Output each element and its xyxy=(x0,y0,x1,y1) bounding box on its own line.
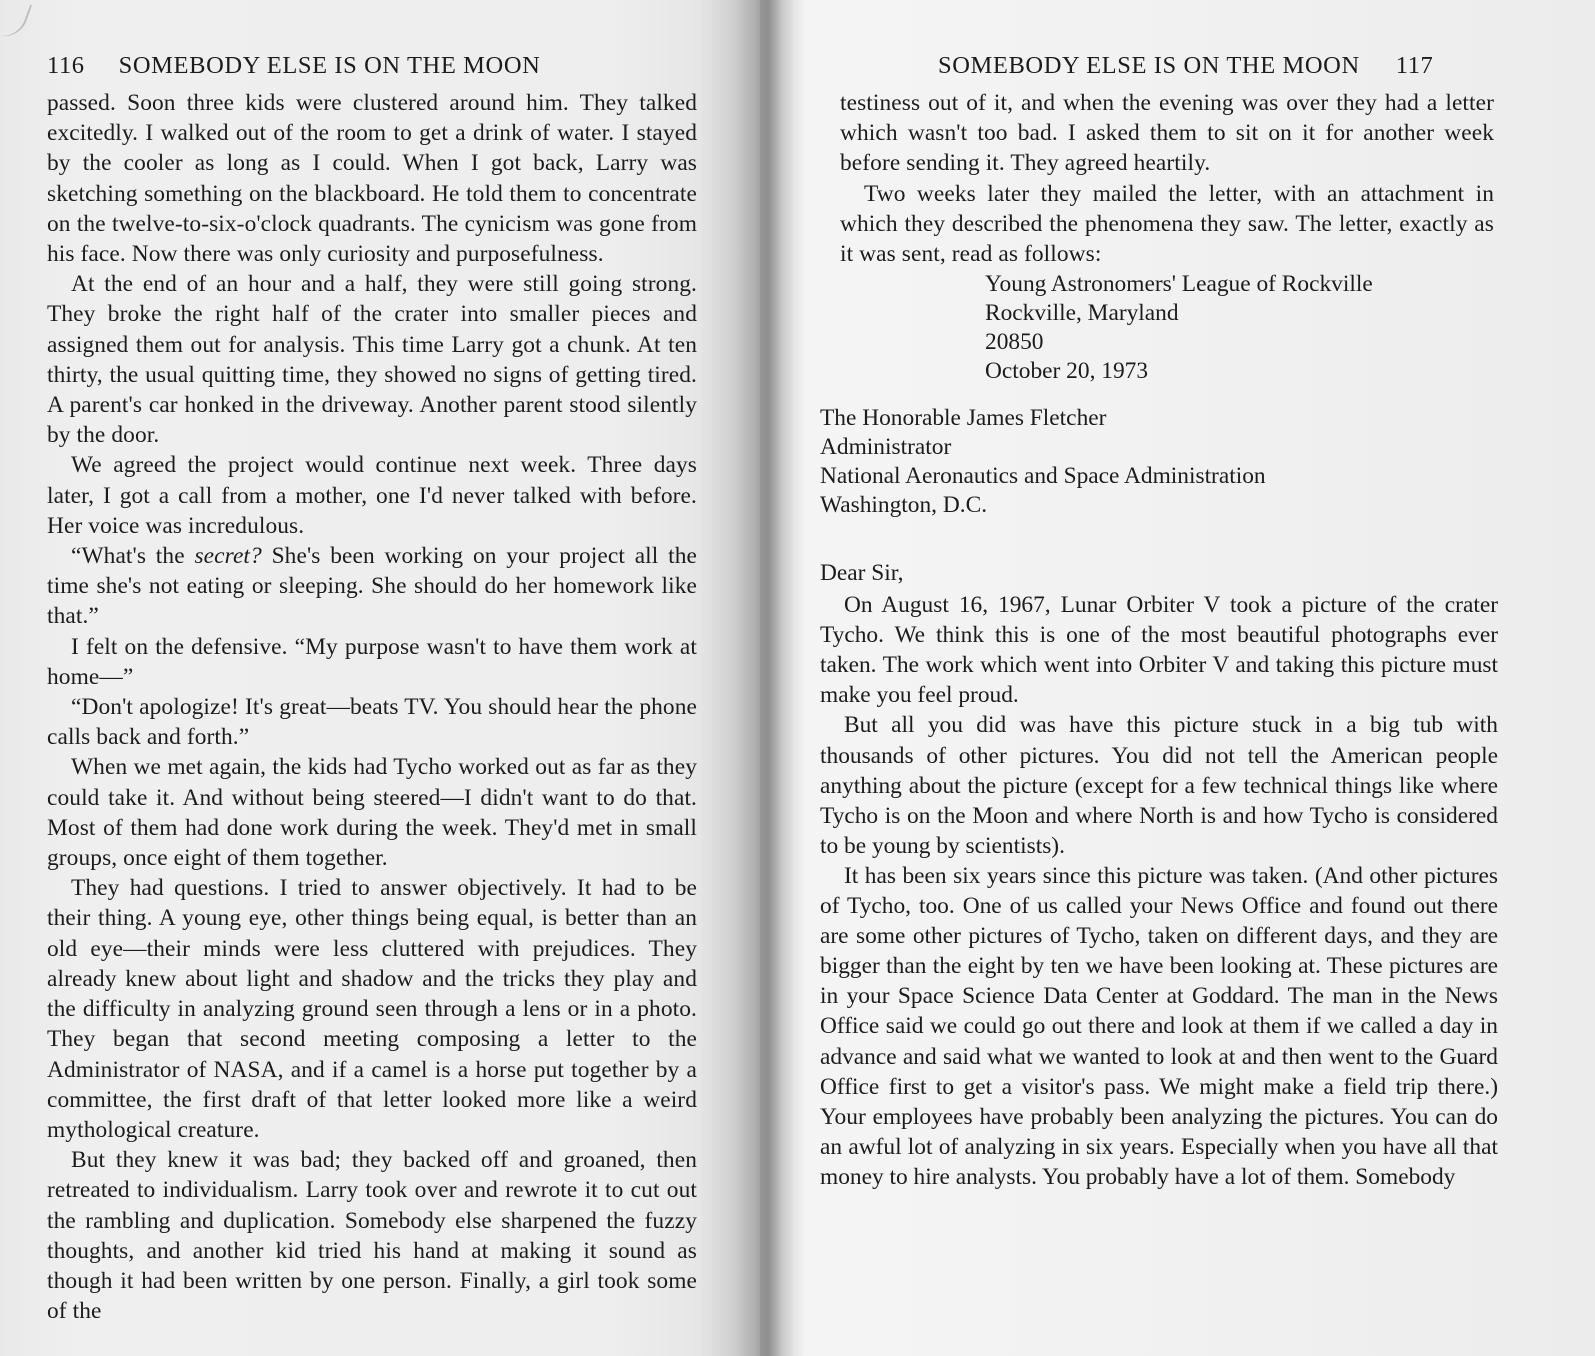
letter-salutation: Dear Sir, xyxy=(820,558,1498,588)
recipient-agency: National Aeronautics and Space Administr… xyxy=(820,462,1266,491)
sender-organization: Young Astronomers' League of Rockville xyxy=(985,270,1373,299)
right-page: SOMEBODY ELSE IS ON THE MOON117 testines… xyxy=(760,0,1595,1356)
recipient-city: Washington, D.C. xyxy=(820,491,1266,520)
page-number: 117 xyxy=(1396,52,1434,79)
italic-emphasis: secret? xyxy=(194,543,261,569)
paragraph: testiness out of it, and when the evenin… xyxy=(840,88,1494,179)
page-number: 116 xyxy=(47,52,85,79)
letter-date: October 20, 1973 xyxy=(985,357,1373,386)
sender-zip: 20850 xyxy=(985,328,1373,357)
paragraph: They had questions. I tried to answer ob… xyxy=(47,873,697,1145)
paragraph: “What's the secret? She's been working o… xyxy=(47,541,697,632)
recipient-title: Administrator xyxy=(820,433,1266,462)
paragraph: Two weeks later they mailed the letter, … xyxy=(840,179,1494,270)
left-page: 116SOMEBODY ELSE IS ON THE MOON passed. … xyxy=(0,0,760,1356)
letter-sender-address: Young Astronomers' League of Rockville R… xyxy=(985,270,1373,386)
letter-paragraph: On August 16, 1967, Lunar Orbiter V took… xyxy=(820,590,1498,710)
letter-paragraph: But all you did was have this picture st… xyxy=(820,710,1498,860)
paragraph: I felt on the defensive. “My purpose was… xyxy=(47,632,697,692)
letter-body: Dear Sir, On August 16, 1967, Lunar Orbi… xyxy=(820,558,1498,1192)
paragraph: At the end of an hour and a half, they w… xyxy=(47,269,697,450)
right-body-text: testiness out of it, and when the evenin… xyxy=(840,88,1494,269)
paragraph: “Don't apologize! It's great—beats TV. Y… xyxy=(47,692,697,752)
running-head-title: SOMEBODY ELSE IS ON THE MOON xyxy=(938,52,1360,79)
book-spread: 116SOMEBODY ELSE IS ON THE MOON passed. … xyxy=(0,0,1595,1356)
running-head-title: SOMEBODY ELSE IS ON THE MOON xyxy=(119,52,541,79)
right-running-head: SOMEBODY ELSE IS ON THE MOON117 xyxy=(938,52,1433,80)
sender-city: Rockville, Maryland xyxy=(985,299,1373,328)
recipient-name: The Honorable James Fletcher xyxy=(820,404,1266,433)
paragraph-text: “What's the xyxy=(71,543,194,569)
paragraph: We agreed the project would continue nex… xyxy=(47,450,697,541)
left-body-text: passed. Soon three kids were clustered a… xyxy=(47,88,697,1326)
letter-paragraph: It has been six years since this picture… xyxy=(820,861,1498,1192)
paragraph: passed. Soon three kids were clustered a… xyxy=(47,88,697,269)
paragraph: But they knew it was bad; they backed of… xyxy=(47,1145,697,1326)
left-running-head: 116SOMEBODY ELSE IS ON THE MOON xyxy=(47,52,540,80)
paragraph: When we met again, the kids had Tycho wo… xyxy=(47,752,697,873)
page-corner-mark xyxy=(0,0,32,43)
letter-recipient-address: The Honorable James Fletcher Administrat… xyxy=(820,404,1266,520)
